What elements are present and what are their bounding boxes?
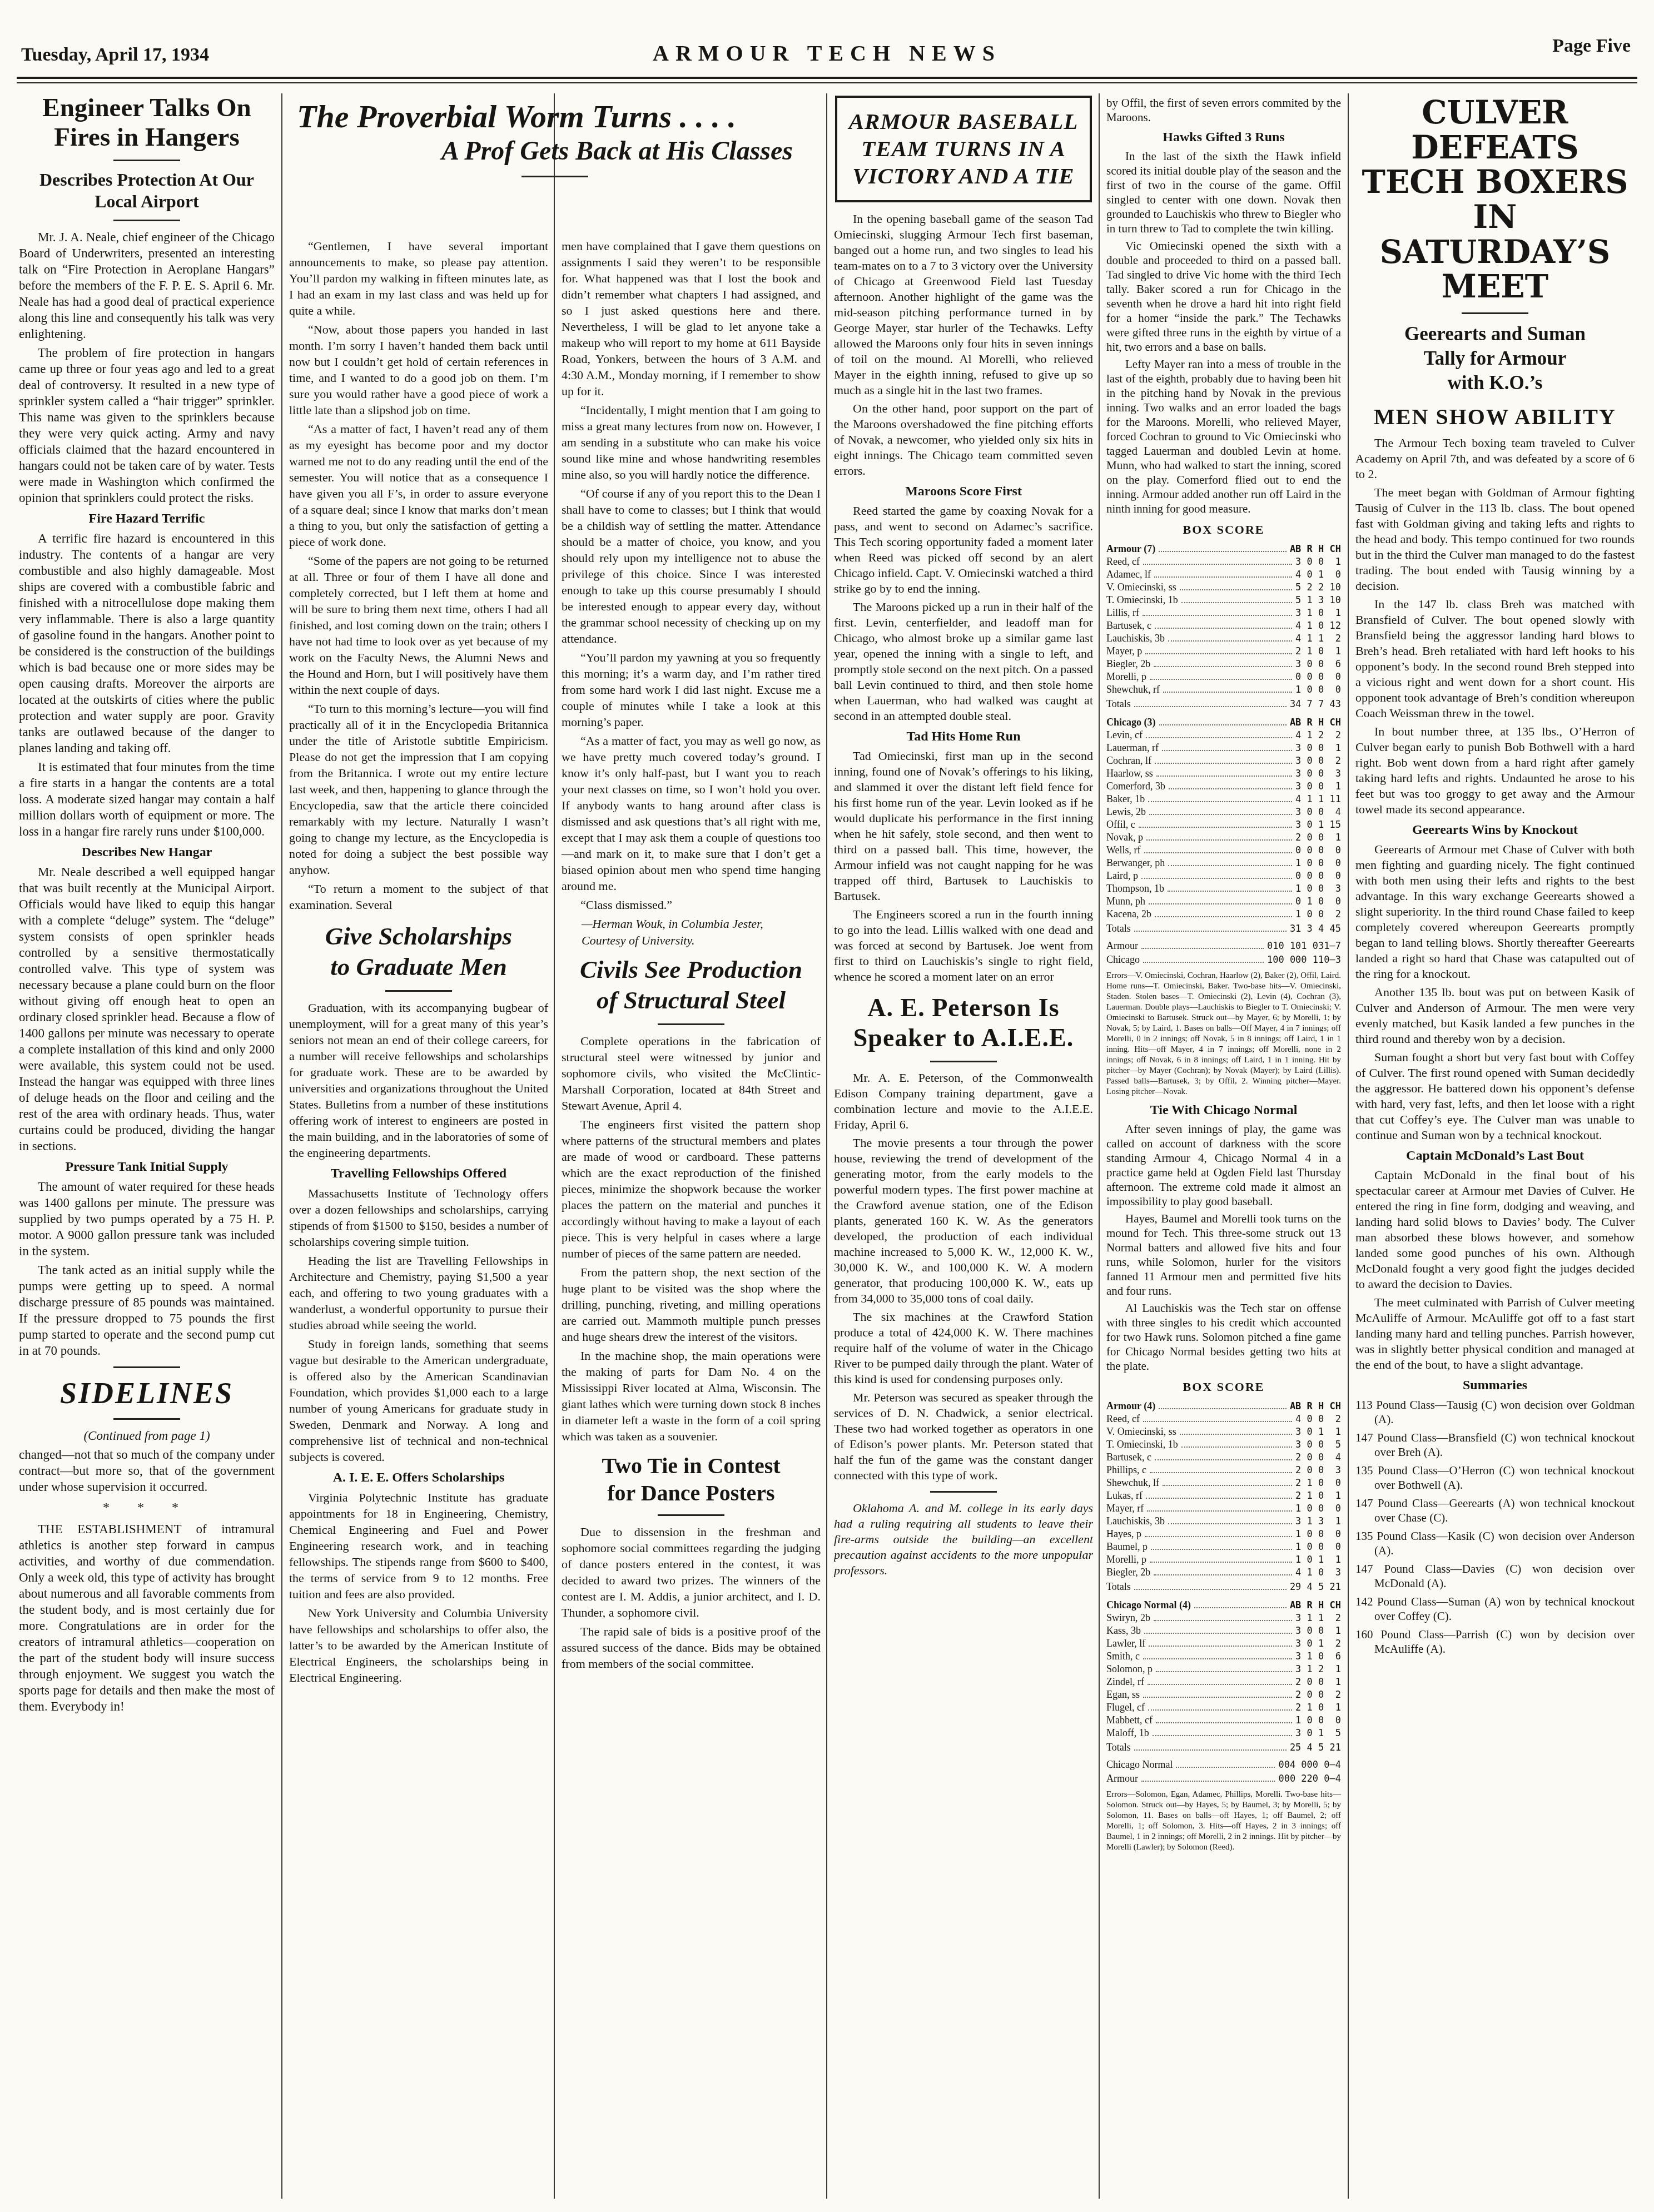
score-label: Reed, cf bbox=[1106, 1413, 1140, 1425]
score-label: Armour (7) bbox=[1106, 543, 1155, 555]
dotted-leader bbox=[1145, 653, 1292, 654]
score-values: 2 1 0 1 bbox=[1295, 1490, 1341, 1502]
score-values: 0 1 0 0 bbox=[1295, 896, 1341, 908]
score-values: 34 7 7 43 bbox=[1290, 698, 1341, 710]
score-values: 3 0 0 1 bbox=[1295, 742, 1341, 754]
divider-rule bbox=[658, 1514, 724, 1516]
paragraph: Study in foreign lands, something that s… bbox=[289, 1336, 548, 1465]
headline-peterson-aiee: Speaker to A.I.E.E. bbox=[834, 1023, 1093, 1053]
score-label: Phillips, c bbox=[1106, 1464, 1146, 1476]
dotted-leader bbox=[1156, 776, 1292, 777]
paragraph: The Engineers scored a run in the fourth… bbox=[834, 907, 1093, 985]
score-table-header: Chicago (3)AB R H CH bbox=[1106, 716, 1341, 729]
subhead-describes-protection: Local Airport bbox=[19, 191, 275, 212]
score-label: Offil, c bbox=[1106, 818, 1135, 831]
paragraph: Captain McDonald in the final bout of hi… bbox=[1355, 1167, 1635, 1292]
score-label: Wells, rf bbox=[1106, 844, 1141, 856]
score-totals-row: Totals31 3 4 45 bbox=[1106, 922, 1341, 935]
column-5: by Offil, the first of seven errors comm… bbox=[1106, 96, 1341, 2203]
article-baseball-body-right: by Offil, the first of seven errors comm… bbox=[1106, 96, 1341, 1853]
score-values: 4 0 0 2 bbox=[1295, 1413, 1341, 1425]
paragraph: Lefty Mayer ran into a mess of trouble i… bbox=[1106, 357, 1341, 516]
paragraph: “As a matter of fact, you may as well go… bbox=[562, 733, 821, 894]
dotted-leader bbox=[1154, 666, 1292, 667]
score-label: Bartusek, c bbox=[1106, 1451, 1151, 1463]
column-rule-4 bbox=[1099, 93, 1100, 2199]
score-row: Bartusek, c2 0 0 4 bbox=[1106, 1451, 1341, 1464]
dotted-leader bbox=[1168, 640, 1292, 642]
score-values: 25 4 5 21 bbox=[1290, 1742, 1341, 1754]
score-values: 4 1 2 2 bbox=[1295, 729, 1341, 742]
score-row: Wells, rf0 0 0 0 bbox=[1106, 844, 1341, 857]
paragraph: New York University and Columbia Univers… bbox=[289, 1605, 548, 1686]
divider-rule bbox=[113, 220, 180, 221]
paragraph: Heading the list are Travelling Fellowsh… bbox=[289, 1252, 548, 1333]
score-values: 0 0 0 0 bbox=[1295, 844, 1341, 857]
score-label: Kass, 3b bbox=[1106, 1624, 1141, 1637]
headline-civils-production: Civils See Production bbox=[562, 955, 821, 985]
masthead-rule-thick bbox=[17, 77, 1637, 79]
score-row: V. Omiecinski, ss3 0 1 1 bbox=[1106, 1425, 1341, 1438]
dotted-leader bbox=[1162, 750, 1292, 751]
score-label: Totals bbox=[1106, 1580, 1131, 1593]
dotted-leader bbox=[1144, 852, 1293, 853]
paragraph: The meet began with Goldman of Armour fi… bbox=[1355, 485, 1635, 594]
headline-engineer-talks: Fires in Hangers bbox=[19, 123, 275, 152]
score-label: Totals bbox=[1106, 1741, 1131, 1753]
dotted-leader bbox=[1168, 1523, 1292, 1524]
dotted-leader bbox=[1134, 1589, 1287, 1590]
score-row: Biegler, 2b4 1 0 3 bbox=[1106, 1566, 1341, 1579]
headline-line: The Proverbial Worm Turns . . . . bbox=[289, 99, 821, 135]
divider-rule bbox=[930, 1061, 997, 1062]
summary-line: 135 Pound Class—O’Herron (C) won technic… bbox=[1355, 1463, 1635, 1492]
dotted-leader bbox=[1143, 1697, 1292, 1698]
headline-line: ARMOUR BASEBALL bbox=[842, 108, 1085, 135]
subhead-describes-protection: Describes Protection At Our bbox=[19, 169, 275, 190]
masthead-rule-thin bbox=[17, 82, 1637, 83]
column-2: “Gentlemen, I have several important ann… bbox=[289, 238, 548, 2200]
paragraph: Mr. J. A. Neale, chief engineer of the C… bbox=[19, 229, 275, 342]
score-row: Levin, cf4 1 2 2 bbox=[1106, 729, 1341, 742]
paragraph: “You’ll pardon my yawning at you so freq… bbox=[562, 649, 821, 730]
dotted-leader bbox=[1163, 692, 1292, 693]
score-values: 1 0 0 3 bbox=[1295, 883, 1341, 895]
score-row: Haarlow, ss3 0 0 3 bbox=[1106, 767, 1341, 780]
box-score-title: BOX SCORE bbox=[1106, 1380, 1341, 1394]
score-label: V. Omiecinski, ss bbox=[1106, 581, 1176, 593]
score-values: 3 0 0 1 bbox=[1295, 1625, 1341, 1637]
dotted-leader bbox=[1169, 788, 1292, 789]
score-label: Biegler, 2b bbox=[1106, 1566, 1150, 1578]
summary-line: 113 Pound Class—Tausig (C) won decision … bbox=[1355, 1398, 1635, 1426]
score-values: 4 1 1 2 bbox=[1295, 633, 1341, 645]
dotted-leader bbox=[1148, 801, 1292, 802]
score-values: 4 1 0 12 bbox=[1295, 620, 1341, 632]
paragraph: THE ESTABLISHMENT of intramural athletic… bbox=[19, 1521, 275, 1714]
paragraph: “To return a moment to the subject of th… bbox=[289, 881, 548, 913]
score-values: AB R H CH bbox=[1290, 543, 1341, 555]
score-label: Lawler, lf bbox=[1106, 1637, 1145, 1649]
score-label: Novak, p bbox=[1106, 831, 1143, 843]
game-statistics: Errors—V. Omiecinski, Cochran, Haarlow (… bbox=[1106, 971, 1341, 1097]
score-label: Shewchuk, lf bbox=[1106, 1477, 1159, 1489]
score-row: Munn, ph0 1 0 0 bbox=[1106, 895, 1341, 908]
score-label: Baker, 1b bbox=[1106, 793, 1145, 805]
score-row: Lauchiskis, 3b3 1 3 1 bbox=[1106, 1515, 1341, 1528]
score-row: Hayes, p1 0 0 0 bbox=[1106, 1528, 1341, 1540]
byline: —Herman Wouk, in Columbia Jester, bbox=[562, 916, 821, 932]
score-values: 3 1 1 2 bbox=[1295, 1612, 1341, 1624]
column-4: ARMOUR BASEBALL TEAM TURNS IN A VICTORY … bbox=[834, 96, 1093, 2203]
score-table-header: Chicago Normal (4)AB R H CH bbox=[1106, 1599, 1341, 1612]
score-row: Kacena, 2b1 0 0 2 bbox=[1106, 908, 1341, 921]
dotted-leader bbox=[1146, 839, 1292, 841]
dotted-leader bbox=[1155, 1459, 1292, 1460]
dotted-leader bbox=[1146, 1498, 1292, 1499]
section-subhead: Geerearts Wins by Knockout bbox=[1355, 822, 1635, 838]
dotted-leader bbox=[1180, 589, 1292, 590]
dotted-leader bbox=[1150, 679, 1292, 680]
dotted-leader bbox=[1141, 1781, 1275, 1782]
headline-give-scholarships: to Graduate Men bbox=[289, 952, 548, 982]
article-civils-body: Complete operations in the fabrication o… bbox=[562, 1033, 821, 1444]
dotted-leader bbox=[1148, 1684, 1292, 1685]
score-values: 2 0 0 1 bbox=[1295, 832, 1341, 844]
box-score-title: BOX SCORE bbox=[1106, 523, 1341, 537]
paragraph: The meet culminated with Parrish of Culv… bbox=[1355, 1295, 1635, 1373]
masthead-title: ARMOUR TECH NEWS bbox=[0, 40, 1654, 66]
byline: Courtesy of University. bbox=[562, 932, 821, 949]
paragraph: Al Lauchiskis was the Tech star on offen… bbox=[1106, 1301, 1341, 1373]
dotted-leader bbox=[1143, 962, 1264, 963]
score-values: 3 0 0 4 bbox=[1295, 806, 1341, 818]
score-label: Zindel, rf bbox=[1106, 1676, 1144, 1688]
stars-separator: * * * bbox=[19, 1500, 275, 1515]
score-values: 1 0 0 2 bbox=[1295, 908, 1341, 921]
dotted-leader bbox=[1145, 1536, 1292, 1537]
score-label: Maloff, 1b bbox=[1106, 1727, 1149, 1739]
divider-rule bbox=[113, 1366, 180, 1368]
section-subhead: Captain McDonald’s Last Bout bbox=[1355, 1147, 1635, 1164]
score-label: Bartusek, c bbox=[1106, 619, 1151, 632]
score-table-header: Armour (7)AB R H CH bbox=[1106, 543, 1341, 555]
score-row: Lawler, lf3 0 1 2 bbox=[1106, 1637, 1341, 1650]
score-label: Cochran, lf bbox=[1106, 754, 1151, 767]
dotted-leader bbox=[1154, 1574, 1292, 1575]
score-label: Lewis, 2b bbox=[1106, 806, 1146, 818]
score-label: Levin, cf bbox=[1106, 729, 1143, 741]
headline-give-scholarships: Give Scholarships bbox=[289, 921, 548, 952]
paragraph: Tad Omiecinski, first man up in the seco… bbox=[834, 748, 1093, 904]
divider-rule bbox=[521, 176, 588, 177]
score-values: 1 0 0 0 bbox=[1295, 857, 1341, 869]
line-score-row: Armour010 101 031—7 bbox=[1106, 940, 1341, 952]
article-dance-body: Due to dissension in the freshman and so… bbox=[562, 1524, 821, 1672]
score-values: 3 0 0 1 bbox=[1295, 556, 1341, 568]
score-values: 004 000 0—4 bbox=[1278, 1759, 1341, 1771]
dotted-leader bbox=[1134, 931, 1287, 932]
score-values: AB R H CH bbox=[1290, 717, 1341, 729]
score-values: AB R H CH bbox=[1290, 1400, 1341, 1413]
dotted-leader bbox=[1134, 1749, 1287, 1751]
dotted-leader bbox=[1146, 737, 1292, 738]
paragraph: The rapid sale of bids is a positive pro… bbox=[562, 1623, 821, 1672]
paragraph: The engineers first visited the pattern … bbox=[562, 1116, 821, 1261]
score-label: Armour bbox=[1106, 1772, 1138, 1784]
score-totals-row: Totals29 4 5 21 bbox=[1106, 1580, 1341, 1593]
dotted-leader bbox=[1159, 551, 1287, 552]
section-subhead: A. I. E. E. Offers Scholarships bbox=[289, 1469, 548, 1486]
score-row: Mayer, p2 1 0 1 bbox=[1106, 645, 1341, 658]
dotted-leader bbox=[1180, 1434, 1292, 1435]
divider-rule bbox=[113, 160, 180, 161]
dotted-leader bbox=[1143, 1421, 1292, 1422]
paragraph: In the machine shop, the main operations… bbox=[562, 1348, 821, 1444]
italic-paragraph: Oklahoma A. and M. college in its early … bbox=[834, 1500, 1093, 1578]
score-label: Hayes, p bbox=[1106, 1528, 1141, 1540]
paragraph: “Gentlemen, I have several important ann… bbox=[289, 238, 548, 319]
dotted-leader bbox=[1155, 628, 1292, 629]
score-values: 0 0 0 0 bbox=[1295, 671, 1341, 683]
paragraph: Mr. Neale described a well equipped hang… bbox=[19, 864, 275, 1154]
headline-culver-defeats: TECH BOXERS IN bbox=[1355, 165, 1635, 235]
dotted-leader bbox=[1149, 1646, 1292, 1647]
newspaper-page: Tuesday, April 17, 1934 ARMOUR TECH NEWS… bbox=[0, 0, 1654, 2212]
masthead-page-number: Page Five bbox=[1552, 36, 1631, 57]
score-values: 010 101 031—7 bbox=[1267, 940, 1341, 952]
column-3: men have complained that I gave them que… bbox=[562, 238, 821, 2200]
score-label: V. Omiecinski, ss bbox=[1106, 1425, 1176, 1438]
dotted-leader bbox=[1139, 827, 1292, 828]
score-values: 2 0 0 3 bbox=[1295, 1464, 1341, 1477]
dotted-leader bbox=[1141, 878, 1292, 879]
score-values: 1 0 0 0 bbox=[1295, 1503, 1341, 1515]
score-values: 3 1 3 1 bbox=[1295, 1515, 1341, 1528]
score-row: T. Omiecinski, 1b3 0 0 5 bbox=[1106, 1438, 1341, 1451]
score-label: Thompson, 1b bbox=[1106, 882, 1164, 894]
column-rule-1 bbox=[281, 93, 282, 2199]
summary-line: 160 Pound Class—Parrish (C) won by decis… bbox=[1355, 1627, 1635, 1656]
paragraph: Geerearts of Armour met Chase of Culver … bbox=[1355, 842, 1635, 982]
headline-civils-production: of Structural Steel bbox=[562, 985, 821, 1016]
score-row: Cochran, lf3 0 0 2 bbox=[1106, 754, 1341, 767]
score-row: Reed, cf3 0 0 1 bbox=[1106, 555, 1341, 568]
paragraph: The Armour Tech boxing team traveled to … bbox=[1355, 435, 1635, 482]
divider-rule bbox=[1462, 312, 1528, 314]
article-scholarships-body: Graduation, with its accompanying bugbea… bbox=[289, 1000, 548, 1686]
score-row: Lauerman, rf3 0 0 1 bbox=[1106, 742, 1341, 754]
dotted-leader bbox=[1151, 1549, 1292, 1550]
dotted-leader bbox=[1156, 1671, 1292, 1672]
summary-line: 135 Pound Class—Kasik (C) won decision o… bbox=[1355, 1529, 1635, 1558]
score-label: Morelli, p bbox=[1106, 670, 1146, 683]
score-label: Biegler, 2b bbox=[1106, 658, 1150, 670]
score-values: 1 0 0 0 bbox=[1295, 1541, 1341, 1553]
section-subhead: Describes New Hangar bbox=[19, 844, 275, 861]
score-label: Egan, ss bbox=[1106, 1688, 1140, 1701]
paragraph: A terrific fire hazard is encountered in… bbox=[19, 530, 275, 756]
paragraph: Mr. A. E. Peterson, of the Commonwealth … bbox=[834, 1070, 1093, 1132]
paragraph: On the other hand, poor support on the p… bbox=[834, 401, 1093, 479]
score-values: 3 1 0 6 bbox=[1295, 1651, 1341, 1663]
column-1: Engineer Talks On Fires in Hangers Descr… bbox=[19, 93, 275, 2200]
divider-rule bbox=[113, 1418, 180, 1420]
paragraph: Due to dissension in the freshman and so… bbox=[562, 1524, 821, 1621]
paragraph: The problem of fire protection in hangar… bbox=[19, 345, 275, 506]
paragraph: Suman fought a short but very fast bout … bbox=[1355, 1050, 1635, 1143]
score-row: Laird, p0 0 0 0 bbox=[1106, 869, 1341, 882]
paragraph: The movie presents a tour through the po… bbox=[834, 1135, 1093, 1306]
paragraph: Virginia Polytechnic Institute has gradu… bbox=[289, 1489, 548, 1602]
score-label: Chicago (3) bbox=[1106, 716, 1156, 728]
paragraph: Graduation, with its accompanying bugbea… bbox=[289, 1000, 548, 1161]
dotted-leader bbox=[1141, 948, 1264, 949]
dotted-leader bbox=[1153, 1735, 1292, 1736]
score-values: 3 0 0 2 bbox=[1295, 755, 1341, 767]
subhead-culver: Tally for Armour bbox=[1355, 346, 1635, 371]
score-values: 3 0 1 1 bbox=[1295, 1426, 1341, 1438]
dotted-leader bbox=[1176, 1767, 1275, 1768]
score-row: Berwanger, ph1 0 0 0 bbox=[1106, 857, 1341, 869]
score-values: 0 0 0 0 bbox=[1295, 870, 1341, 882]
paragraph: “Of course if any of you report this to … bbox=[562, 485, 821, 647]
score-row: Swiryn, 2b3 1 1 2 bbox=[1106, 1612, 1341, 1624]
headline-line: VICTORY AND A TIE bbox=[842, 162, 1085, 190]
score-row: Lillis, rf3 1 0 1 bbox=[1106, 607, 1341, 619]
score-values: 2 1 0 1 bbox=[1295, 1702, 1341, 1714]
dotted-leader bbox=[1168, 865, 1292, 866]
score-label: T. Omiecinski, 1b bbox=[1106, 594, 1178, 606]
dotted-leader bbox=[1143, 1658, 1292, 1659]
divider-rule bbox=[385, 990, 452, 992]
summary-line: 147 Pound Class—Geerearts (A) won techni… bbox=[1355, 1496, 1635, 1525]
paragraph: Vic Omiecinski opened the sixth with a d… bbox=[1106, 238, 1341, 354]
score-label: Flugel, cf bbox=[1106, 1701, 1145, 1713]
score-values: 4 1 1 11 bbox=[1295, 793, 1341, 806]
summary-line: 147 Pound Class—Bransfield (C) won techn… bbox=[1355, 1430, 1635, 1459]
score-label: Baumel, p bbox=[1106, 1540, 1148, 1553]
score-label: Lauerman, rf bbox=[1106, 742, 1159, 754]
score-label: Morelli, p bbox=[1106, 1553, 1146, 1565]
score-label: Mabbett, cf bbox=[1106, 1714, 1153, 1726]
dotted-leader bbox=[1134, 706, 1287, 707]
score-values: 3 0 1 5 bbox=[1295, 1727, 1341, 1739]
score-values: 3 0 1 15 bbox=[1295, 819, 1341, 831]
score-values: 3 1 2 1 bbox=[1295, 1663, 1341, 1676]
score-totals-row: Totals34 7 7 43 bbox=[1106, 698, 1341, 710]
summary-line: 142 Pound Class—Suman (A) won by technic… bbox=[1355, 1594, 1635, 1623]
score-label: Adamec, lf bbox=[1106, 568, 1151, 580]
score-values: 000 220 0—4 bbox=[1278, 1773, 1341, 1785]
divider-rule bbox=[658, 1023, 724, 1025]
score-label: Totals bbox=[1106, 698, 1131, 710]
score-row: Offil, c3 0 1 15 bbox=[1106, 818, 1341, 831]
headline-engineer-talks: Engineer Talks On bbox=[19, 93, 275, 123]
article-baseball-body-left: In the opening baseball game of the seas… bbox=[834, 211, 1093, 985]
paragraph: In bout number three, at 135 lbs., O’Her… bbox=[1355, 724, 1635, 817]
score-row: Baumel, p1 0 0 0 bbox=[1106, 1540, 1341, 1553]
score-totals-row: Totals25 4 5 21 bbox=[1106, 1741, 1341, 1754]
score-values: 1 0 0 0 bbox=[1295, 684, 1341, 696]
paragraph: In the last of the sixth the Hawk infiel… bbox=[1106, 149, 1341, 236]
paragraph: by Offil, the first of seven errors comm… bbox=[1106, 96, 1341, 125]
score-row: Maloff, 1b3 0 1 5 bbox=[1106, 1727, 1341, 1739]
score-row: Shewchuk, lf2 1 0 0 bbox=[1106, 1477, 1341, 1489]
subhead-men-show-ability: MEN SHOW ABILITY bbox=[1355, 404, 1635, 430]
score-row: Comerford, 3b3 0 0 1 bbox=[1106, 780, 1341, 793]
section-subhead: Maroons Score First bbox=[834, 483, 1093, 500]
paragraph: “To turn to this morning’s lecture—you w… bbox=[289, 700, 548, 878]
score-row: Reed, cf4 0 0 2 bbox=[1106, 1413, 1341, 1425]
score-row: Adamec, lf4 0 1 0 bbox=[1106, 568, 1341, 581]
score-row: Baker, 1b4 1 1 11 bbox=[1106, 793, 1341, 806]
score-label: Chicago bbox=[1106, 953, 1140, 966]
divider-rule bbox=[930, 1491, 997, 1493]
dotted-leader bbox=[1181, 602, 1292, 603]
section-subhead: Hawks Gifted 3 Runs bbox=[1106, 129, 1341, 146]
article-peterson-body: Mr. A. E. Peterson, of the Commonwealth … bbox=[834, 1070, 1093, 1578]
headline-line: TEAM TURNS IN A bbox=[842, 135, 1085, 162]
score-label: Totals bbox=[1106, 922, 1131, 934]
score-row: Biegler, 2b3 0 0 6 bbox=[1106, 658, 1341, 670]
paragraph: “Now, about those papers you handed in l… bbox=[289, 321, 548, 418]
article-worm-body-right: men have complained that I gave them que… bbox=[562, 238, 821, 949]
article-sidelines-body: (Continued from page 1)changed—not that … bbox=[19, 1428, 275, 1714]
dotted-leader bbox=[1156, 1722, 1292, 1723]
score-row: Lukas, rf2 1 0 1 bbox=[1106, 1489, 1341, 1502]
score-label: Swiryn, 2b bbox=[1106, 1612, 1150, 1624]
headline-dance-posters: for Dance Posters bbox=[562, 1480, 821, 1507]
paragraph: After seven innings of play, the game wa… bbox=[1106, 1122, 1341, 1209]
score-row: Morelli, p1 0 1 1 bbox=[1106, 1553, 1341, 1566]
score-table-header: Armour (4)AB R H CH bbox=[1106, 1400, 1341, 1413]
article-fires-body: Mr. J. A. Neale, chief engineer of the C… bbox=[19, 229, 275, 1359]
score-label: Laird, p bbox=[1106, 869, 1138, 882]
paragraph: In the opening baseball game of the seas… bbox=[834, 211, 1093, 398]
score-label: Mayer, p bbox=[1106, 645, 1142, 657]
score-values: 31 3 4 45 bbox=[1290, 923, 1341, 935]
headline-sidelines: SIDELINES bbox=[19, 1376, 275, 1410]
dotted-leader bbox=[1143, 615, 1292, 616]
score-label: Smith, c bbox=[1106, 1650, 1140, 1662]
dotted-leader bbox=[1144, 1633, 1292, 1634]
paragraph: Another 135 lb. bout was put on between … bbox=[1355, 985, 1635, 1047]
score-label: Chicago Normal bbox=[1106, 1758, 1173, 1771]
score-label: Lauchiskis, 3b bbox=[1106, 1515, 1165, 1527]
score-values: 3 1 0 1 bbox=[1295, 607, 1341, 619]
column-6: CULVER DEFEATS TECH BOXERS IN SATURDAY’S… bbox=[1355, 96, 1635, 2203]
paragraph: “Incidentally, I might mention that I am… bbox=[562, 402, 821, 483]
dotted-leader bbox=[1194, 1607, 1287, 1608]
score-row: Thompson, 1b1 0 0 3 bbox=[1106, 882, 1341, 895]
dotted-leader bbox=[1150, 1562, 1292, 1563]
score-row: Morelli, p0 0 0 0 bbox=[1106, 670, 1341, 683]
paragraph: From the pattern shop, the next section … bbox=[562, 1264, 821, 1345]
score-label: Mayer, rf bbox=[1106, 1502, 1144, 1514]
score-values: AB R H CH bbox=[1290, 1599, 1341, 1612]
score-row: Phillips, c2 0 0 3 bbox=[1106, 1464, 1341, 1477]
column-rule-2 bbox=[554, 93, 555, 2199]
score-row: Bartusek, c4 1 0 12 bbox=[1106, 619, 1341, 632]
dotted-leader bbox=[1150, 1472, 1292, 1473]
score-values: 2 0 0 2 bbox=[1295, 1689, 1341, 1701]
score-values: 2 0 0 1 bbox=[1295, 1676, 1341, 1688]
paragraph: Massachusetts Institute of Technology of… bbox=[289, 1185, 548, 1250]
score-label: Munn, ph bbox=[1106, 895, 1145, 907]
headline-culver-defeats: SATURDAY’S MEET bbox=[1355, 235, 1635, 305]
paragraph: “Some of the papers are not going to be … bbox=[289, 553, 548, 698]
